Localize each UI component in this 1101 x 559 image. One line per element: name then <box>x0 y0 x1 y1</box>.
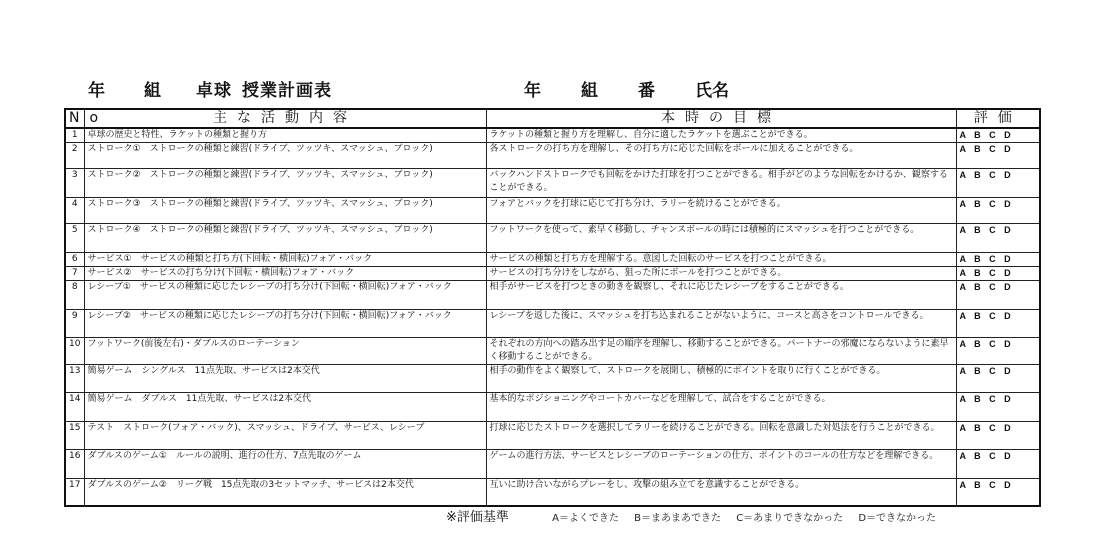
table-row: 14簡易ゲーム ダブルス 11点先取、サービスは2本交代基本的なポジショニングや… <box>65 393 1040 422</box>
row-number: 15 <box>65 422 84 450</box>
evaluation-cell[interactable]: A B C D <box>956 450 1040 479</box>
goal-cell: それぞれの方向への踏み出す足の順序を理解し、移動することができる。パートナーの邪… <box>486 338 956 365</box>
goal-cell: 基本的なポジショニングやコートカバーなどを理解して、試合をすることができる。 <box>486 393 956 422</box>
activity-cell: ストローク① ストロークの種類と練習(ドライブ、ツッツキ、スマッシュ、ブロック) <box>84 143 486 169</box>
activity-cell: ストローク② ストロークの種類と練習(ドライブ、ツッツキ、スマッシュ、ブロック) <box>84 169 486 198</box>
table-row: 2ストローク① ストロークの種類と練習(ドライブ、ツッツキ、スマッシュ、ブロック… <box>65 143 1040 169</box>
legend-item-d: D＝できなかった <box>858 513 936 524</box>
row-number: 16 <box>65 450 84 479</box>
table-row: 13簡易ゲーム シングルス 11点先取、サービスは2本交代相手の動作をよく観察し… <box>65 365 1040 393</box>
goal-cell: 打球に応じたストロークを選択してラリーを続けることができる。回転を意識した対処法… <box>486 422 956 450</box>
goal-cell: フォアとバックを打球に応じて打ち分け、ラリーを続けることができる。 <box>486 198 956 224</box>
row-number: 2 <box>65 143 84 169</box>
row-number: 3 <box>65 169 84 198</box>
student-year-label: 年 <box>524 76 541 101</box>
goal-cell: 互いに助け合いながらプレーをし、攻撃の組み立てを意識することができる。 <box>486 479 956 506</box>
evaluation-cell[interactable]: A B C D <box>956 267 1040 281</box>
activity-cell: 簡易ゲーム ダブルス 11点先取、サービスは2本交代 <box>84 393 486 422</box>
student-class-label: 組 <box>581 76 598 101</box>
table-row: 1卓球の歴史と特性、ラケットの種類と握り方ラケットの種類と握り方を理解し、自分に… <box>65 128 1040 143</box>
evaluation-cell[interactable]: A B C D <box>956 281 1040 310</box>
evaluation-cell[interactable]: A B C D <box>956 422 1040 450</box>
legend-item-a: A＝よくできた <box>552 513 619 524</box>
activity-cell: レシーブ① サービスの種類に応じたレシーブの打ち分け(下回転・横回転)フォア・バ… <box>84 281 486 310</box>
year-label: 年 <box>88 76 106 101</box>
subject-label: 卓球 <box>196 76 232 101</box>
table-row: 6サービス① サービスの種類と打ち方(下回転・横回転)フォア・バックサービスの種… <box>65 253 1040 267</box>
evaluation-cell[interactable]: A B C D <box>956 479 1040 506</box>
activity-cell: サービス① サービスの種類と打ち方(下回転・横回転)フォア・バック <box>84 253 486 267</box>
table-header-row: No 主な活動内容 本時の目標 評価 <box>65 109 1040 128</box>
goal-cell: サービスの打ち分けをしながら、狙った所にボールを打つことができる。 <box>486 267 956 281</box>
legend-item-b: B＝まあまあできた <box>634 513 721 524</box>
evaluation-cell[interactable]: A B C D <box>956 169 1040 198</box>
table-row: 4ストローク③ ストロークの種類と練習(ドライブ、ツッツキ、スマッシュ、ブロック… <box>65 198 1040 224</box>
activity-cell: サービス② サービスの打ち分け(下回転・横回転)フォア・バック <box>84 267 486 281</box>
activity-cell: 卓球の歴史と特性、ラケットの種類と握り方 <box>84 128 486 143</box>
table-row: 3ストローク② ストロークの種類と練習(ドライブ、ツッツキ、スマッシュ、ブロック… <box>65 169 1040 198</box>
evaluation-cell[interactable]: A B C D <box>956 253 1040 267</box>
activity-cell: ストローク④ ストロークの種類と練習(ドライブ、ツッツキ、スマッシュ、ブロック) <box>84 224 486 253</box>
row-number: 5 <box>65 224 84 253</box>
activity-cell: フットワーク(前後左右)・ダブルスのローテーション <box>84 338 486 365</box>
goal-cell: ゲームの進行方法、サービスとレシーブのローテーションの仕方、ポイントのコールの仕… <box>486 450 956 479</box>
lesson-plan-table: No 主な活動内容 本時の目標 評価 1卓球の歴史と特性、ラケットの種類と握り方… <box>64 108 1041 507</box>
activity-cell: ダブルスのゲーム① ルールの説明、進行の仕方、7点先取のゲーム <box>84 450 486 479</box>
table-row: 10フットワーク(前後左右)・ダブルスのローテーションそれぞれの方向への踏み出す… <box>65 338 1040 365</box>
class-label: 組 <box>144 76 162 101</box>
row-number: 4 <box>65 198 84 224</box>
table-row: 7サービス② サービスの打ち分け(下回転・横回転)フォア・バックサービスの打ち分… <box>65 267 1040 281</box>
row-number: 1 <box>65 128 84 143</box>
goal-cell: サービスの種類と打ち方を理解する。意図した回転のサービスを打つことができる。 <box>486 253 956 267</box>
evaluation-cell[interactable]: A B C D <box>956 393 1040 422</box>
activity-cell: テスト ストローク(フォア・バック)、スマッシュ、ドライブ、サービス、レシーブ <box>84 422 486 450</box>
student-info: 年組番氏名 <box>524 76 729 101</box>
table-row: 8レシーブ① サービスの種類に応じたレシーブの打ち分け(下回転・横回転)フォア・… <box>65 281 1040 310</box>
goal-cell: ラケットの種類と握り方を理解し、自分に適したラケットを選ぶことができる。 <box>486 128 956 143</box>
goal-cell: フットワークを使って、素早く移動し、チャンスボールの時には積極的にスマッシュを打… <box>486 224 956 253</box>
student-number-label: 番 <box>638 76 655 101</box>
goal-cell: レシーブを返した後に、スマッシュを打ち込まれることがないように、コースと高さをコ… <box>486 310 956 338</box>
evaluation-cell[interactable]: A B C D <box>956 198 1040 224</box>
goal-cell: 相手の動作をよく観察して、ストロークを展開し、積極的にポイントを取りに行くことが… <box>486 365 956 393</box>
activity-cell: 簡易ゲーム シングルス 11点先取、サービスは2本交代 <box>84 365 486 393</box>
legend-item-c: C＝あまりできなかった <box>736 513 843 524</box>
col-no-header: No <box>65 109 84 128</box>
activity-cell: ダブルスのゲーム② リーグ戦 15点先取の3セットマッチ、サービスは2本交代 <box>84 479 486 506</box>
table-row: 16ダブルスのゲーム① ルールの説明、進行の仕方、7点先取のゲームゲームの進行方… <box>65 450 1040 479</box>
doc-title-label: 授業計画表 <box>242 76 332 101</box>
col-goal-header: 本時の目標 <box>486 109 956 128</box>
goal-cell: バックハンドストロークでも回転をかけた打球を打つことができる。相手がどのような回… <box>486 169 956 198</box>
row-number: 17 <box>65 479 84 506</box>
row-number: 9 <box>65 310 84 338</box>
row-number: 14 <box>65 393 84 422</box>
document-title: 年組卓球授業計画表 <box>88 76 332 101</box>
col-activity-header: 主な活動内容 <box>84 109 486 128</box>
row-number: 8 <box>65 281 84 310</box>
evaluation-cell[interactable]: A B C D <box>956 310 1040 338</box>
goal-cell: 相手がサービスを打つときの動きを観察し、それに応じたレシーブをすることができる。 <box>486 281 956 310</box>
table-row: 17ダブルスのゲーム② リーグ戦 15点先取の3セットマッチ、サービスは2本交代… <box>65 479 1040 506</box>
activity-cell: ストローク③ ストロークの種類と練習(ドライブ、ツッツキ、スマッシュ、ブロック) <box>84 198 486 224</box>
evaluation-cell[interactable]: A B C D <box>956 224 1040 253</box>
table-row: 15テスト ストローク(フォア・バック)、スマッシュ、ドライブ、サービス、レシー… <box>65 422 1040 450</box>
table-row: 5ストローク④ ストロークの種類と練習(ドライブ、ツッツキ、スマッシュ、ブロック… <box>65 224 1040 253</box>
legend-label: ※評価基準 <box>446 510 509 525</box>
row-number: 7 <box>65 267 84 281</box>
table-row: 9レシーブ② サービスの種類に応じたレシーブの打ち分け(下回転・横回転)フォア・… <box>65 310 1040 338</box>
evaluation-cell[interactable]: A B C D <box>956 128 1040 143</box>
col-eval-header: 評価 <box>956 109 1040 128</box>
evaluation-cell[interactable]: A B C D <box>956 143 1040 169</box>
goal-cell: 各ストロークの打ち方を理解し、その打ち方に応じた回転をボールに加えることができる… <box>486 143 956 169</box>
evaluation-legend: ※評価基準 A＝よくできた B＝まあまあできた C＝あまりできなかった D＝でき… <box>446 506 948 525</box>
row-number: 13 <box>65 365 84 393</box>
student-name-label: 氏名 <box>695 76 729 101</box>
row-number: 6 <box>65 253 84 267</box>
evaluation-cell[interactable]: A B C D <box>956 365 1040 393</box>
row-number: 10 <box>65 338 84 365</box>
activity-cell: レシーブ② サービスの種類に応じたレシーブの打ち分け(下回転・横回転)フォア・バ… <box>84 310 486 338</box>
evaluation-cell[interactable]: A B C D <box>956 338 1040 365</box>
